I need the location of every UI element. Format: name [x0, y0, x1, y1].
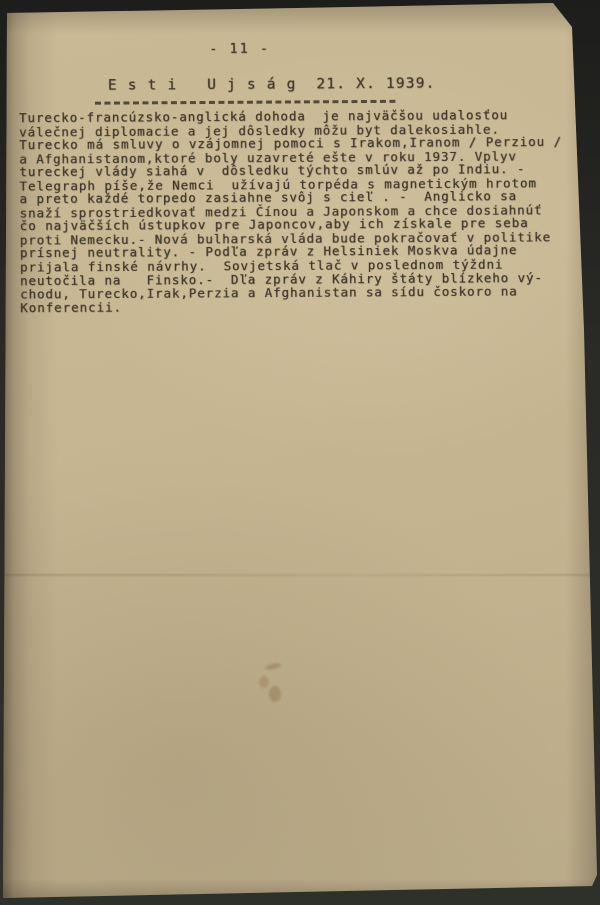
- document-date: 21. X. 1939.: [316, 76, 435, 93]
- newspaper-title: E s t i U j s á g: [108, 76, 297, 93]
- body-line: a Afghanistanom,ktoré boly uzavreté ešte…: [19, 149, 585, 166]
- document-header: E s t i U j s á g 21. X. 1939.: [108, 76, 436, 94]
- body-line: chodu, Turecko,Irak,Perzia a Afghanistan…: [20, 284, 586, 301]
- body-line: proti Nemecku.- Nová bulharská vláda bud…: [20, 230, 586, 247]
- page-number: - 11 -: [190, 40, 290, 57]
- body-text: Turecko-francúzsko-anglická dohoda je na…: [19, 108, 586, 315]
- header-underline: [95, 100, 398, 104]
- typewritten-content: - 11 - E s t i U j s á g 21. X. 1939. Tu…: [0, 0, 600, 905]
- body-line: Telegraph píše,že Nemci užívajú torpéda …: [19, 176, 585, 193]
- body-line: prijala finské návrhy. Sovjetská tlač v …: [20, 257, 586, 274]
- body-line: snaží sprostriedkovať medzi Čínou a Japo…: [20, 203, 586, 220]
- scanned-document: - 11 - E s t i U j s á g 21. X. 1939. Tu…: [0, 0, 600, 905]
- header-spacer: [296, 76, 316, 92]
